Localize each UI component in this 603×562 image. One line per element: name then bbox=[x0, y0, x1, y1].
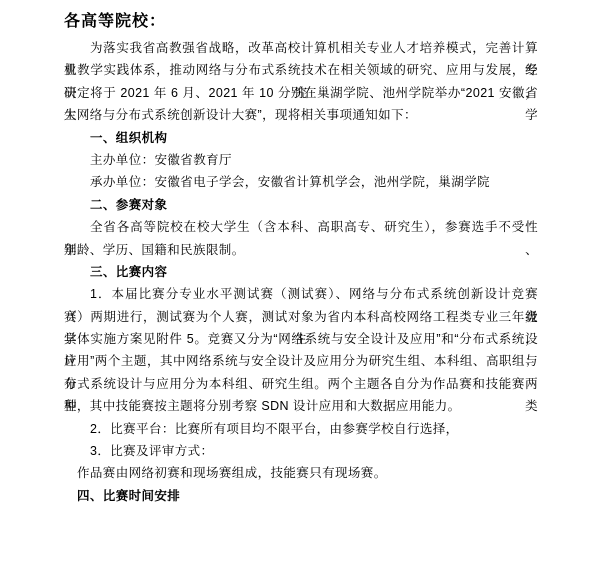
paragraph-line: 主办单位：安徽省教育厅 bbox=[64, 149, 538, 171]
paragraph-line: 全省各高等院校在校大学生（含本科、高职高专、研究生），参赛选手不受性别、 bbox=[64, 216, 538, 238]
paragraph-line: 3．比赛及评审方式： bbox=[64, 440, 538, 462]
paragraph-line: 应用”两个主题，其中网络系统与安全设计及应用分为研究生组、本科组、高职组；分 bbox=[64, 350, 538, 372]
paragraph-line: 布式系统设计与应用分为本科组、研究生组。两个主题各自分为作品赛和技能赛两种类 bbox=[64, 373, 538, 395]
paragraph-line: 具体实施方案见附件 5。竞赛又分为“网络系统与安全设计及应用”和“分布式系统设计… bbox=[64, 328, 538, 350]
paragraph-line: 2．比赛平台：比赛所有项目均不限平台，由参赛学校自行选择， bbox=[64, 418, 538, 440]
paragraph-line: 1．本届比赛分专业水平测试赛（测试赛）、网络与分布式系统创新设计竞赛（竞 bbox=[64, 283, 538, 305]
section-heading: 一、组织机构 bbox=[64, 127, 538, 149]
paragraph-line: 赛）两期进行，测试赛为个人赛，测试对象为省内本科高校网络工程类专业三年级学生， bbox=[64, 306, 538, 328]
document-salutation: 各高等院校： bbox=[64, 10, 538, 37]
section-heading: 二、参赛对象 bbox=[64, 194, 538, 216]
document-content: 各高等院校：为落实我省高教强省战略，改革高校计算机相关专业人才培养模式，完善计算… bbox=[64, 10, 538, 507]
paragraph-line: 决定将于 2021 年 6 月、2021 年 10 分别在巢湖学院、池州学院举办… bbox=[64, 82, 538, 104]
paragraph-line: 业教学实践体系，推动网络与分布式系统技术在相关领域的研究、应用与发展，经研究， bbox=[64, 59, 538, 81]
document-page: 各高等院校：为落实我省高教强省战略，改革高校计算机相关专业人才培养模式，完善计算… bbox=[0, 0, 603, 562]
paragraph-line: 为落实我省高教强省战略，改革高校计算机相关专业人才培养模式，完善计算机专 bbox=[64, 37, 538, 59]
paragraph-line: 作品赛由网络初赛和现场赛组成，技能赛只有现场赛。 bbox=[64, 462, 538, 484]
paragraph-line: 承办单位：安徽省电子学会，安徽省计算机学会，池州学院，巢湖学院 bbox=[64, 171, 538, 193]
section-heading: 四、比赛时间安排 bbox=[64, 485, 538, 507]
section-heading: 三、比赛内容 bbox=[64, 261, 538, 283]
